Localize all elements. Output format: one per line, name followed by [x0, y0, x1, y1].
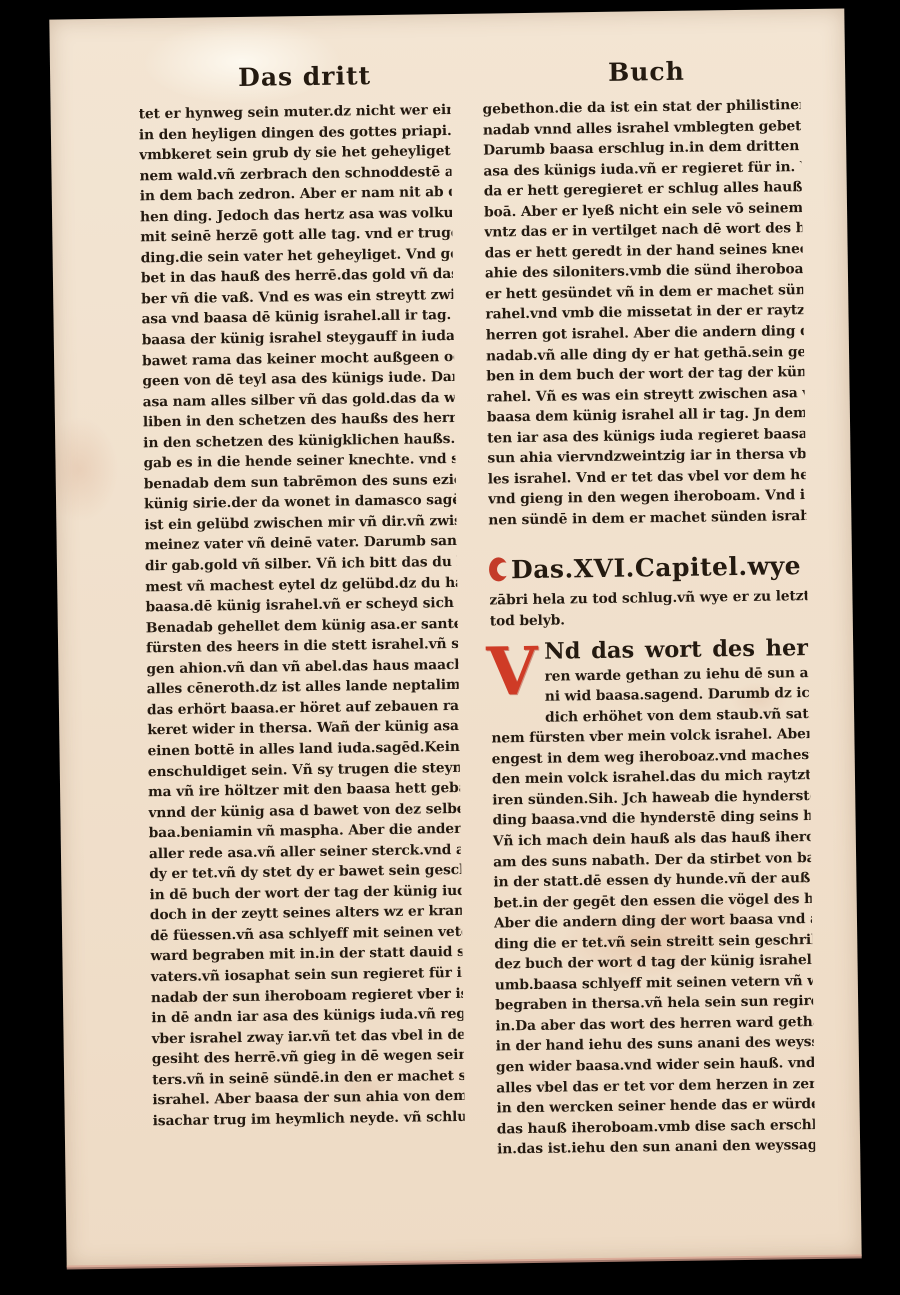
text-line: isachar trug im heymlich neyde. vñ schlu…: [153, 1107, 465, 1132]
chapter-text: dich erhöhet von dem staub.vñ satzt dich…: [491, 704, 815, 1160]
chapter-first-line: Nd das wort des her: [544, 634, 808, 667]
running-header-left: Das dritt: [238, 61, 371, 92]
right-column-continuation-text: gebethon.die da ist ein stat der philist…: [482, 95, 806, 531]
chapter-heading: Das.XVI.Capitel.wye zābri hela zu tod sc…: [489, 547, 808, 633]
rubric-paragraph-mark-icon: [489, 558, 506, 582]
chapter-subtitle: zābri hela zu tod schlug.vñ wye er zu le…: [489, 587, 808, 633]
rubric-drop-cap-initial: V: [486, 639, 539, 710]
incunabula-page: Das dritt Buch tet er hynweg sein muter.…: [49, 9, 861, 1268]
photo-background: Das dritt Buch tet er hynweg sein muter.…: [0, 0, 900, 1295]
text-line: tod belyb.: [490, 607, 808, 632]
text-line: in.das ist.iehu den sun anani den weyssa…: [497, 1135, 815, 1160]
chapter-body: V Nd das wort des her ren warde gethan z…: [490, 634, 815, 1161]
right-text-column: gebethon.die da ist ein stat der philist…: [482, 95, 815, 1160]
running-header-right: Buch: [608, 57, 685, 87]
left-text-column: tet er hynweg sein muter.dz nicht wer ei…: [139, 100, 465, 1132]
text-line: nen sündē in dem er machet sünden israhe…: [488, 506, 806, 531]
chapter-title: Das.XVI.Capitel.wye: [511, 551, 807, 584]
chapter-title-row: Das.XVI.Capitel.wye: [489, 547, 807, 589]
